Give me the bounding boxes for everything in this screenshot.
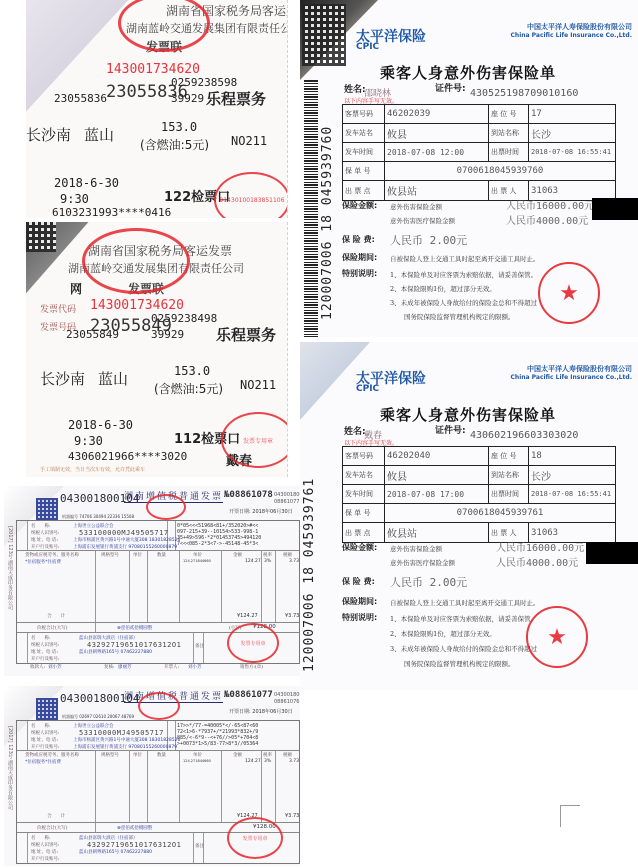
vat-invoice-1: 043001800104 湖南增值税普通发票 №08861078 0430018… xyxy=(4,486,300,676)
counter-number: 39929 xyxy=(151,328,184,341)
tax-bureau-stamp xyxy=(118,0,210,52)
period: 自被保险人登上交通工具时起至离开交通工具时止。 xyxy=(390,254,540,263)
grand-total-label: 价税合计(大写) xyxy=(37,625,68,631)
policy-no-label: 保 单 号 xyxy=(343,504,385,522)
total-label: 合 计 xyxy=(47,613,65,619)
depart-station: 攸县 xyxy=(385,124,489,142)
col-spec: 规格型号 xyxy=(101,752,119,758)
qr-code-icon xyxy=(36,498,58,520)
grid-row-stations: 发车站名 攸县 到站名称 长沙 xyxy=(343,466,615,485)
buyer-address-label: 地 址、电 话: xyxy=(31,737,58,743)
col-qty: 数量 xyxy=(157,752,166,758)
issue-time-label: 出票时间 xyxy=(489,143,529,161)
policy-title: 乘客人身意外伤害保险单 xyxy=(380,404,556,425)
date-label: 开票日期: xyxy=(229,709,251,715)
policy-grid: 客票号码 46202040 座 位 号 18 发车站名 攸县 到站名称 长沙 发… xyxy=(342,446,616,543)
small-code: 043001800104 xyxy=(274,492,300,499)
invoice-date: 开票日期: 2018年06月30日 xyxy=(229,508,293,515)
period: 自被保险人登上交通工具时起至离开交通工具时止。 xyxy=(390,598,540,607)
buyer-name-label: 名 称: xyxy=(31,523,51,529)
to-station: 蓝山 xyxy=(98,368,128,389)
medical-label: 意外伤害医疗保险金额 xyxy=(390,216,455,225)
depart-station-label: 发车站名 xyxy=(343,466,385,484)
stamp-label: 发票专用章 xyxy=(243,436,273,445)
ticket-no-label: 客票号码 xyxy=(343,447,385,465)
stamp-label: 发票专用章 xyxy=(240,640,265,647)
arrive-station: 长沙 xyxy=(529,124,615,142)
item-tax: 3.73 xyxy=(289,559,299,564)
note-3: 3、未成年被保险人身故给付的保险金总和不得超过 xyxy=(390,298,537,307)
ticket-no-label: 客票号码 xyxy=(343,105,385,123)
depart-time: 2018-07-08 12:00 xyxy=(385,143,489,161)
item-tax-rate: 3% xyxy=(264,559,271,564)
grid-row-times: 发车时间 2018-07-08 17:00 出票时间 2018-07-08 16… xyxy=(343,485,615,504)
invoice-code: 143001734620 xyxy=(90,298,184,313)
invoice-code-label: 发票代码 xyxy=(40,302,76,315)
small-number: 08861077 xyxy=(274,499,300,506)
invoice-code: 143001734620 xyxy=(106,62,200,77)
arrive-station-label: 到站名称 xyxy=(489,466,529,484)
invoice-number-small: 23055849 xyxy=(66,328,119,341)
bus-number: NO211 xyxy=(231,134,267,148)
seat: 18 xyxy=(529,447,615,465)
tax-bureau-stamp xyxy=(138,692,180,720)
ticket-agent: 乐程票务 xyxy=(216,324,276,345)
stamp-code: 91430100183851106 xyxy=(220,197,285,204)
accident-amount: 人民币16000.00元 xyxy=(506,197,594,212)
depart-station-label: 发车站名 xyxy=(343,124,385,142)
total-label: 合 计 xyxy=(47,813,65,819)
ticket-price: 153.0 xyxy=(174,364,210,378)
passenger-id: 6103231993****0416 xyxy=(52,206,171,218)
company-name-en: China Pacific Life Insurance Co.,Ltd. xyxy=(511,32,632,39)
to-station: 蓝山 xyxy=(84,124,114,145)
brand-name-en: CPIC xyxy=(356,384,379,394)
grid-row-policy: 保 单 号 0700618045939761 xyxy=(343,504,615,523)
buyer-bank: 上海浦东发展银行黄浦支行 97080155260000879 xyxy=(73,744,177,750)
items-section: 货物或应税劳务、服务名称 规格型号 单位 数量 单价 金额 税率 税额 *住宿服… xyxy=(17,551,299,623)
seller-section: 名 称: 纳税人识别号: 地 址、电 话: 开户行及账号: 蓝山县富瑞大酒店（住… xyxy=(17,633,299,663)
ticket-price: 153.0 xyxy=(161,120,197,134)
fuel-note: (含燃油:5元) xyxy=(140,136,209,153)
tax-bureau-stamp xyxy=(146,494,186,520)
buyer-address-label: 地 址、电 话: xyxy=(31,537,58,543)
ticket-no: 46202039 xyxy=(385,105,489,123)
seller-name-label: 名 称: xyxy=(31,635,51,641)
grand-total-cn: ⊗壹佰贰拾捌圆整 xyxy=(117,625,152,631)
buyer-taxid: 53310000MJ49505717 xyxy=(79,729,164,737)
buyer-taxid: 533100000MJ49505717 xyxy=(79,529,169,537)
seller-invoice-stamp: 发票专用章 xyxy=(227,623,279,663)
policy-no: 0700618045939761 xyxy=(385,504,615,522)
total-amount: ¥124.27 xyxy=(237,613,258,619)
note-1: 1、本保险单及对应客票为索赔依据，请妥善保管。 xyxy=(390,270,537,279)
remark-label: 备注 xyxy=(195,643,204,649)
payee-label: 收款人: xyxy=(30,664,45,670)
grid-row-policy: 保 单 号 0700618045939760 xyxy=(343,162,615,181)
invoice-number-small: 23055836 xyxy=(54,92,107,105)
col-unit: 单位 xyxy=(133,552,142,558)
cipher-area: 17>>*/77-=40005*</-65<87<60 72<1>6-*7937… xyxy=(177,723,299,747)
col-amount: 金额 xyxy=(233,752,242,758)
from-station: 长沙南 xyxy=(26,124,71,145)
medical-amount: 人民币4000.00元 xyxy=(506,212,588,227)
company-invoice-stamp: 91430100183851106 xyxy=(214,172,288,218)
stamp-label: 发票专用章 xyxy=(242,835,267,842)
redaction-block xyxy=(586,542,638,564)
insurance-policy-1: 太平洋保险 CPIC 中国太平洋人寿保险股份有限公司 China Pacific… xyxy=(300,0,638,337)
buyer-address: 上海市杨浦区黄兴路1号中通大厦308 18301828526 xyxy=(73,737,180,743)
qr-code-icon xyxy=(302,4,346,66)
vat-invoice-2: 043001800104 湖南增值税普通发票 №08861077 0430018… xyxy=(4,686,300,866)
period-label: 保险期间: xyxy=(342,596,377,607)
seller-taxid: 432927196510176312O1 xyxy=(87,641,181,649)
grid-row-ticket: 客票号码 46202039 座 位 号 17 xyxy=(343,105,615,124)
ticket-no: 46202040 xyxy=(385,447,489,465)
printer-note: [2017] 123号 湖南天成印务有限公司 xyxy=(5,526,14,610)
departure-date: 2018-6-30 xyxy=(54,176,119,190)
col-price: 单价 xyxy=(193,752,202,758)
date-label: 开票日期: xyxy=(229,509,251,515)
issuer: 刘小芳 xyxy=(188,664,202,670)
seat-label: 座 位 号 xyxy=(489,105,529,123)
issue-point-label: 出 票 点 xyxy=(343,523,385,542)
barcode-icon xyxy=(304,80,318,337)
col-rate: 税率 xyxy=(263,552,272,558)
accident-amount: 人民币16000.00元 xyxy=(496,539,584,554)
period-label: 保险期间: xyxy=(342,252,377,263)
issue-point-label: 出 票 点 xyxy=(343,181,385,200)
id-label: 证件号: xyxy=(435,423,466,436)
invoice-number-small: 043001800104 08861076 xyxy=(274,692,300,706)
buyer-name-label: 名 称: xyxy=(31,723,51,729)
seller-section: 名 称: 纳税人识别号: 地 址、电 话: 开户行及账号: 蓝山县富瑞大酒店（住… xyxy=(17,833,299,863)
col-amount: 金额 xyxy=(233,552,242,558)
seller-taxid-label: 纳税人识别号: xyxy=(31,842,60,848)
id-label: 证件号: xyxy=(435,81,466,94)
grid-row-times: 发车时间 2018-07-08 12:00 出票时间 2018-07-08 16… xyxy=(343,143,615,162)
departure-date: 2018-6-30 xyxy=(68,418,133,432)
departure-time: 9:30 xyxy=(74,434,103,448)
company-name-cn: 中国太平洋人寿保险股份有限公司 xyxy=(527,22,632,32)
company-name-en: China Pacific Life Insurance Co.,Ltd. xyxy=(511,374,632,381)
premium-label: 保 险 费: xyxy=(342,576,375,587)
col-unit: 单位 xyxy=(133,752,142,758)
brand-name-en: CPIC xyxy=(356,42,379,52)
bus-ticket-1: 湖南省国家税务局客运发票 湖南蓝岭交通发展集团有限责任公司 发票联 143001… xyxy=(26,0,288,218)
crop-mark xyxy=(560,805,580,827)
seller-name-label: 名 称: xyxy=(31,835,51,841)
ticket-agent: 乐程票务 xyxy=(206,88,266,109)
note-3: 3、未成年被保险人身故给付的保险金总和不得超过 xyxy=(390,644,537,653)
col-item-name: 货物或应税劳务、服务名称 xyxy=(25,552,79,558)
seller-sign-label: 销售方:(章) xyxy=(240,664,263,670)
insured-id: 430602196603303020 xyxy=(470,430,578,441)
grid-row-stations: 发车站名 攸县 到站名称 长沙 xyxy=(343,124,615,143)
medical-label: 意外伤害医疗保险金额 xyxy=(390,558,455,567)
total-tax: ¥3.73 xyxy=(285,613,299,619)
policy-title: 乘客人身意外伤害保险单 xyxy=(380,62,556,83)
redaction-block xyxy=(592,198,638,220)
accident-label: 意外伤害保险金额 xyxy=(390,544,442,553)
depart-time-label: 发车时间 xyxy=(343,143,385,161)
premium: 人民币 2.00元 xyxy=(390,232,467,248)
qr-code-icon xyxy=(36,698,58,720)
bus-number: NO211 xyxy=(240,378,276,392)
col-item-name: 货物或应税劳务、服务名称 xyxy=(25,752,79,758)
medical-amount: 人民币4000.00元 xyxy=(496,554,578,569)
remark-label: 备注 xyxy=(195,843,204,849)
note-2: 2、本保险限购1份，超过部分无效。 xyxy=(390,284,496,293)
cipher-area: 0*05<<<51968<81+/352020>#<< 097-215+39--… xyxy=(177,523,299,547)
buyer-taxid-label: 纳税人识别号: xyxy=(31,730,60,736)
barcode-number: 120007006 18 045939760 xyxy=(320,100,340,320)
policy-no: 0700618045939760 xyxy=(385,162,615,180)
qr-code-icon xyxy=(26,222,56,252)
invoice-date: 开票日期: 2018年06月30日 xyxy=(229,708,293,715)
fuel-note: (含燃油:5元) xyxy=(154,380,223,397)
total-tax: ¥3.73 xyxy=(285,813,299,819)
item-tax: 3.73 xyxy=(289,759,299,764)
col-price: 单价 xyxy=(193,552,202,558)
seller-bank-label: 开户行及账号: xyxy=(31,856,60,862)
date-value: 2018年06月30日 xyxy=(252,509,292,515)
policy-grid: 客票号码 46202039 座 位 号 17 发车站名 攸县 到站名称 长沙 发… xyxy=(342,104,616,201)
note-1: 1、本保险单及对应客票为索赔依据，请妥善保管。 xyxy=(390,614,537,623)
small-code: 043001800104 xyxy=(274,692,300,699)
buyer-bank-label: 开户行及账号: xyxy=(31,744,60,750)
accident-label: 意外伤害保险金额 xyxy=(390,202,442,211)
seller-address: 蓝山县朝粤路165号 07462227880 xyxy=(79,849,152,855)
small-number: 08861076 xyxy=(274,699,300,706)
from-station: 长沙南 xyxy=(40,368,85,389)
depart-time: 2018-07-08 17:00 xyxy=(385,485,489,503)
col-rate: 税率 xyxy=(263,752,272,758)
passenger-id: 4306021966****3020 xyxy=(68,450,187,463)
premium: 人民币 2.00元 xyxy=(390,574,467,590)
notes-label: 特别说明: xyxy=(342,612,377,623)
footer-note: 手工填制无效，当日当次车有效，允许凭此乘车 xyxy=(40,466,145,473)
seller-taxid: 432927196510176312O1 xyxy=(87,841,181,849)
grid-row-ticket: 客票号码 46202040 座 位 号 18 xyxy=(343,447,615,466)
reviewer-label: 复核: xyxy=(104,664,115,670)
company-name-cn: 中国太平洋人寿保险股份有限公司 xyxy=(527,364,632,374)
sum-insured-label: 保险金额: xyxy=(342,542,377,553)
seat-label: 座 位 号 xyxy=(489,447,529,465)
depart-station: 攸县 xyxy=(385,466,489,484)
item-name: *住宿服务*住宿费 xyxy=(25,559,61,565)
depart-time-label: 发车时间 xyxy=(343,485,385,503)
arrive-station: 长沙 xyxy=(529,466,615,484)
note-3-cont: 国务院保险监督管理机构规定的限额。 xyxy=(404,312,515,321)
seller-address-label: 地 址、电 话: xyxy=(31,649,58,655)
note-3-cont: 国务院保险监督管理机构规定的限额。 xyxy=(404,659,515,668)
seller-taxid-label: 纳税人识别号: xyxy=(31,642,60,648)
grand-total-label: 价税合计(大写) xyxy=(37,825,68,831)
premium-label: 保 险 费: xyxy=(342,234,375,245)
copy-label-left: 网 xyxy=(70,280,82,297)
buyer-section: 名 称: 纳税人识别号: 地 址、电 话: 开户行及账号: 上海世立公益联合会 … xyxy=(17,521,299,551)
seller-address: 蓝山县朝粤路165号 07462227880 xyxy=(79,649,152,655)
reviewer: 廖丽芳 xyxy=(118,664,132,670)
issue-time: 2018-07-08 16:55:41 xyxy=(529,143,615,161)
note-2: 2、本保险限购1份，超过部分无效。 xyxy=(390,629,496,638)
company-seal-star-icon: ★ xyxy=(538,262,600,324)
grand-total-cn: ⊗壹佰贰拾捌圆整 xyxy=(117,825,152,831)
notes-label: 特别说明: xyxy=(342,268,377,279)
name-label: 姓名: xyxy=(344,82,366,95)
col-spec: 规格型号 xyxy=(101,552,119,558)
barcode-number: 120007006 18 045939761 xyxy=(302,452,322,672)
insured-id: 430525198709010160 xyxy=(470,88,578,99)
bus-ticket-2: 湖南省国家税务局客运发票 湖南蓝岭交通发展集团有限责任公司 网 发票联 发票代码… xyxy=(26,222,288,477)
buyer-section: 名 称: 纳税人识别号: 地 址、电 话: 开户行及账号: 上海世立公益联合会 … xyxy=(17,721,299,751)
invoice-table: 名 称: 纳税人识别号: 地 址、电 话: 开户行及账号: 上海世立公益联合会 … xyxy=(16,520,300,664)
col-tax: 税额 xyxy=(283,552,292,558)
issue-time-label: 出票时间 xyxy=(489,485,529,503)
buyer-bank-label: 开户行及账号: xyxy=(31,544,60,550)
invoice-number: №08861078 xyxy=(224,490,273,500)
counter-number: 39929 xyxy=(171,92,204,105)
tax-bureau-stamp xyxy=(82,228,190,294)
date-value: 2018年06月30日 xyxy=(252,709,292,715)
item-unit-price: 124.271844660 xyxy=(183,759,211,763)
arrive-station-label: 到站名称 xyxy=(489,124,529,142)
col-qty: 数量 xyxy=(157,552,166,558)
company-seal-star-icon: ★ xyxy=(526,606,588,668)
seat: 17 xyxy=(529,105,615,123)
policy-no-label: 保 单 号 xyxy=(343,162,385,180)
payee: 刘小芳 xyxy=(48,664,62,670)
invoice-number-small: 043001800104 08861077 xyxy=(274,492,300,506)
buyer-bank: 上海浦东发展银行黄浦支行 97080155260000879 xyxy=(73,544,177,550)
invoice-table: 名 称: 纳税人识别号: 地 址、电 话: 开户行及账号: 上海世立公益联合会 … xyxy=(16,720,300,864)
invoice-number: №08861077 xyxy=(224,690,273,700)
printer-note: [2017] 123号 湖南天成印务有限公司 xyxy=(5,726,14,810)
item-tax-rate: 3% xyxy=(264,759,271,764)
items-section: 货物或应税劳务、服务名称 规格型号 单位 数量 单价 金额 税率 税额 *住宿服… xyxy=(17,751,299,823)
seller-invoice-stamp: 发票专用章 xyxy=(227,817,283,859)
issue-point: 攸县站 xyxy=(385,523,489,542)
item-unit-price: 124.271844660 xyxy=(183,559,211,563)
seller-bank-label: 开户行及账号: xyxy=(31,656,60,662)
name-label: 姓名: xyxy=(344,424,366,437)
issue-time: 2018-07-08 16:55:41 xyxy=(529,485,615,503)
company-invoice-stamp: 发票专用章 xyxy=(221,412,288,468)
seller-address-label: 地 址、电 话: xyxy=(31,849,58,855)
issue-point: 攸县站 xyxy=(385,181,489,200)
insurance-policy-2: 太平洋保险 CPIC 中国太平洋人寿保险股份有限公司 China Pacific… xyxy=(300,342,638,690)
buyer-taxid-label: 纳税人识别号: xyxy=(31,530,60,536)
sum-insured-label: 保险金额: xyxy=(342,200,377,211)
item-name: *住宿服务*住宿费 xyxy=(25,759,61,765)
issuer-label: 开票人: xyxy=(164,664,179,670)
buyer-address: 上海市杨浦区黄兴路1号中通大厦308 18301828526 xyxy=(73,537,180,543)
col-tax: 税额 xyxy=(283,752,292,758)
item-amount: 124.27 xyxy=(245,759,261,764)
item-amount: 124.27 xyxy=(245,559,261,564)
departure-time: 9:30 xyxy=(60,192,89,206)
